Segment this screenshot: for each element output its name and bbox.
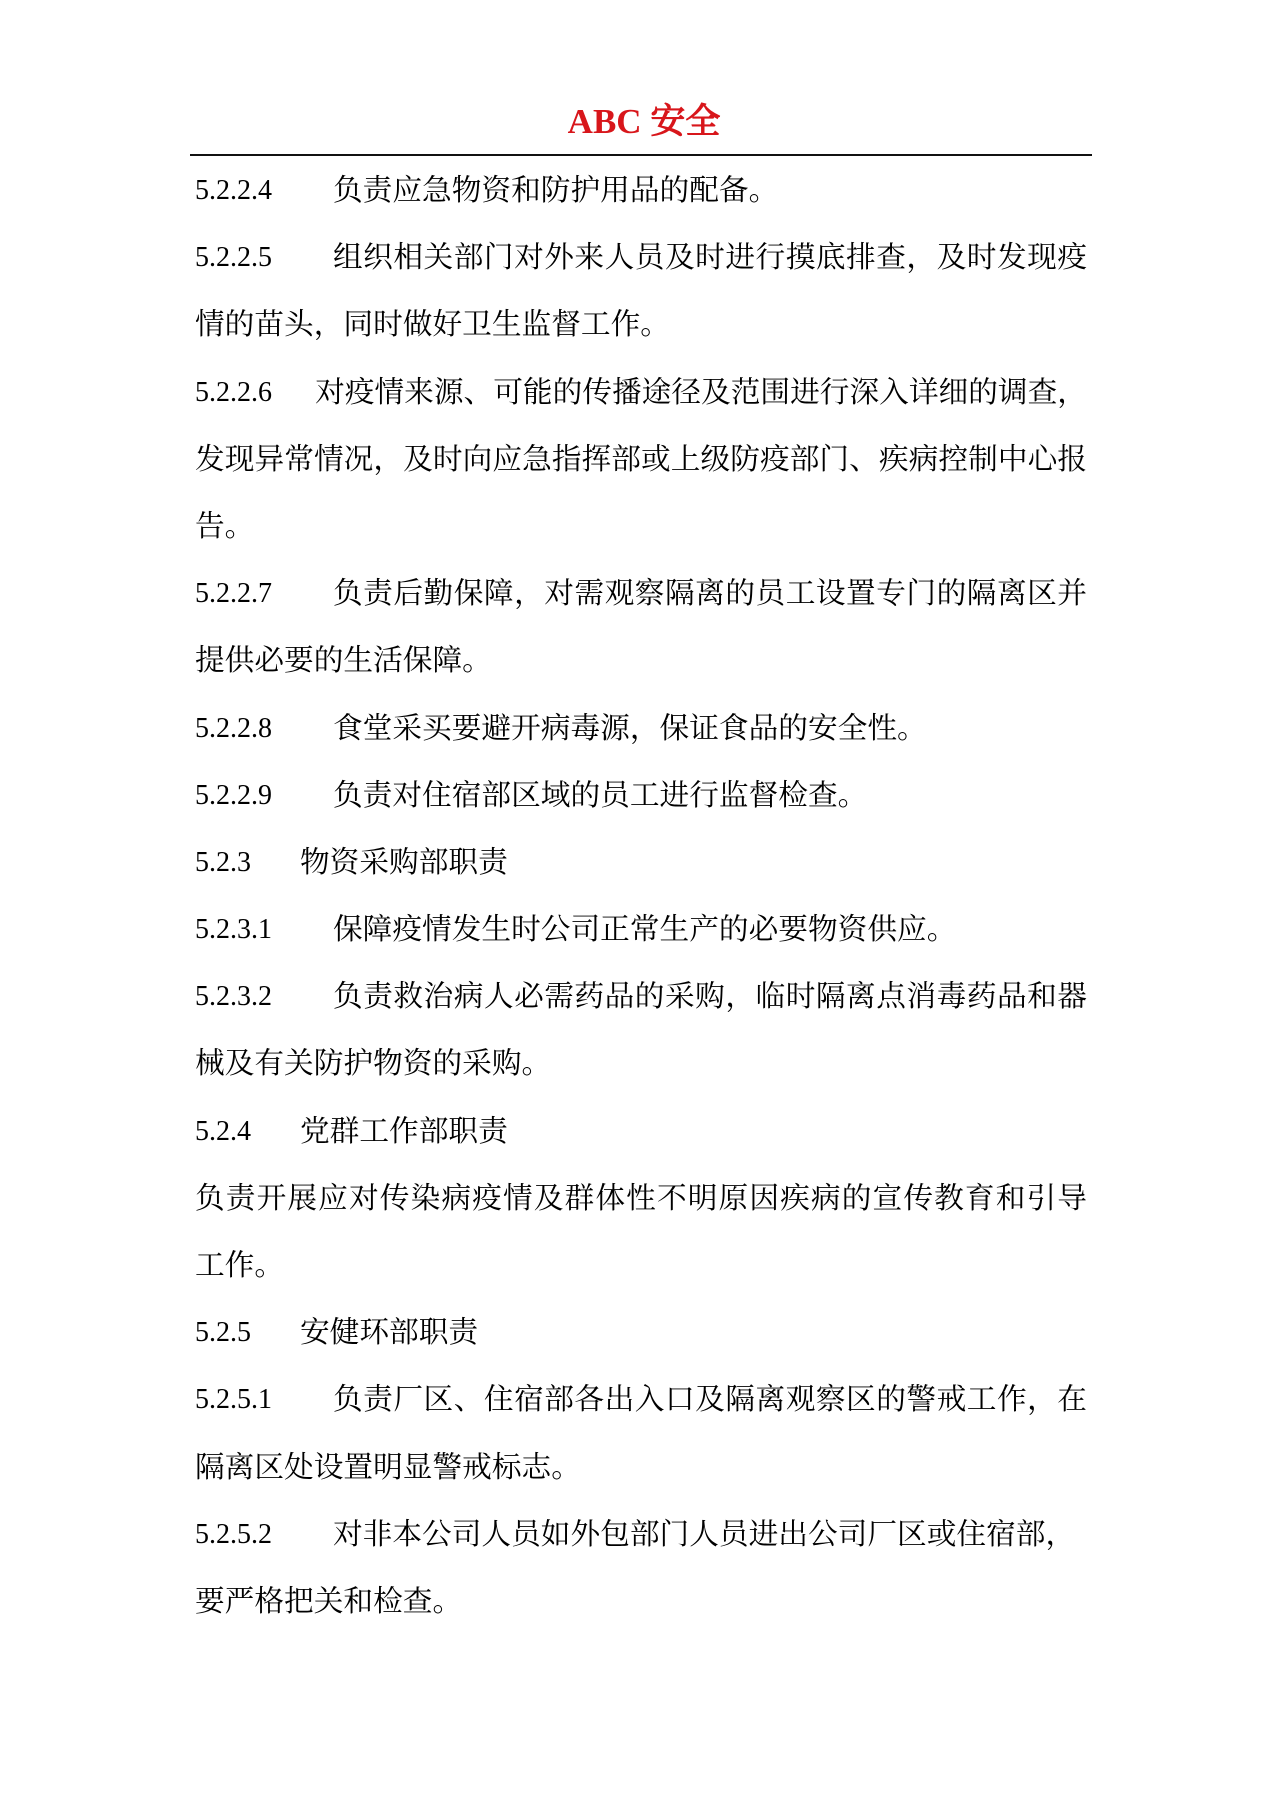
section-title: 物资采购部职责 [300, 829, 1087, 896]
clause-number: 5.2.2.8 [195, 695, 300, 762]
clause-continuation: 械及有关防护物资的采购。 [195, 1030, 1087, 1097]
section-title: 安健环部职责 [300, 1299, 1087, 1366]
section-paragraph: 负责开展应对传染病疫情及群体性不明原因疾病的宣传教育和引导 [195, 1165, 1087, 1232]
document-body: 5.2.2.4负责应急物资和防护用品的配备。 5.2.2.5组织相关部门对外来人… [195, 157, 1087, 1635]
clause-5-2-3-2: 5.2.3.2负责救治病人必需药品的采购，临时隔离点消毒药品和器 [195, 963, 1087, 1030]
clause-number: 5.2.2.7 [195, 560, 300, 627]
document-page: ABC 安全 5.2.2.4负责应急物资和防护用品的配备。 5.2.2.5组织相… [0, 0, 1280, 1810]
clause-5-2-5-2: 5.2.5.2对非本公司人员如外包部门人员进出公司厂区或住宿部， [195, 1501, 1087, 1568]
section-number: 5.2.4 [195, 1098, 270, 1165]
clause-number: 5.2.2.9 [195, 762, 300, 829]
clause-continuation: 隔离区处设置明显警戒标志。 [195, 1434, 1087, 1501]
clause-number: 5.2.5.1 [195, 1366, 300, 1433]
clause-5-2-2-7: 5.2.2.7负责后勤保障，对需观察隔离的员工设置专门的隔离区并 [195, 560, 1087, 627]
clause-continuation: 发现异常情况，及时向应急指挥部或上级防疫部门、疾病控制中心报 [195, 426, 1087, 493]
clause-number: 5.2.2.6 [195, 359, 300, 426]
clause-text: 组织相关部门对外来人员及时进行摸底排查，及时发现疫 [333, 224, 1087, 291]
clause-number: 5.2.5.2 [195, 1501, 300, 1568]
clause-text: 负责应急物资和防护用品的配备。 [333, 157, 1087, 224]
clause-text: 负责厂区、住宿部各出入口及隔离观察区的警戒工作，在 [333, 1366, 1087, 1433]
clause-5-2-2-9: 5.2.2.9负责对住宿部区域的员工进行监督检查。 [195, 762, 1087, 829]
section-5-2-4-heading: 5.2.4党群工作部职责 [195, 1098, 1087, 1165]
section-5-2-5-heading: 5.2.5安健环部职责 [195, 1299, 1087, 1366]
section-number: 5.2.3 [195, 829, 270, 896]
clause-number: 5.2.2.4 [195, 157, 300, 224]
section-title: 党群工作部职责 [300, 1098, 1087, 1165]
clause-5-2-2-6: 5.2.2.6对疫情来源、可能的传播途径及范围进行深入详细的调查， [195, 359, 1087, 426]
header-title: ABC 安全 [0, 96, 1280, 148]
clause-text: 对非本公司人员如外包部门人员进出公司厂区或住宿部， [333, 1501, 1087, 1568]
clause-text: 食堂采买要避开病毒源，保证食品的安全性。 [333, 695, 1087, 762]
clause-continuation: 情的苗头，同时做好卫生监督工作。 [195, 291, 1087, 358]
section-5-2-3-heading: 5.2.3物资采购部职责 [195, 829, 1087, 896]
clause-5-2-2-5: 5.2.2.5组织相关部门对外来人员及时进行摸底排查，及时发现疫 [195, 224, 1087, 291]
clause-text: 负责救治病人必需药品的采购，临时隔离点消毒药品和器 [333, 963, 1087, 1030]
clause-continuation: 要严格把关和检查。 [195, 1568, 1087, 1635]
clause-text: 负责后勤保障，对需观察隔离的员工设置专门的隔离区并 [333, 560, 1087, 627]
clause-text: 对疫情来源、可能的传播途径及范围进行深入详细的调查， [315, 359, 1087, 426]
section-paragraph-continuation: 工作。 [195, 1232, 1087, 1299]
clause-5-2-2-4: 5.2.2.4负责应急物资和防护用品的配备。 [195, 157, 1087, 224]
clause-text: 保障疫情发生时公司正常生产的必要物资供应。 [333, 896, 1087, 963]
clause-number: 5.2.3.1 [195, 896, 300, 963]
header-divider [190, 154, 1092, 156]
clause-number: 5.2.2.5 [195, 224, 300, 291]
clause-5-2-3-1: 5.2.3.1保障疫情发生时公司正常生产的必要物资供应。 [195, 896, 1087, 963]
clause-continuation: 告。 [195, 493, 1087, 560]
clause-5-2-5-1: 5.2.5.1负责厂区、住宿部各出入口及隔离观察区的警戒工作，在 [195, 1366, 1087, 1433]
section-number: 5.2.5 [195, 1299, 270, 1366]
clause-continuation: 提供必要的生活保障。 [195, 627, 1087, 694]
clause-5-2-2-8: 5.2.2.8食堂采买要避开病毒源，保证食品的安全性。 [195, 695, 1087, 762]
clause-number: 5.2.3.2 [195, 963, 300, 1030]
clause-text: 负责对住宿部区域的员工进行监督检查。 [333, 762, 1087, 829]
